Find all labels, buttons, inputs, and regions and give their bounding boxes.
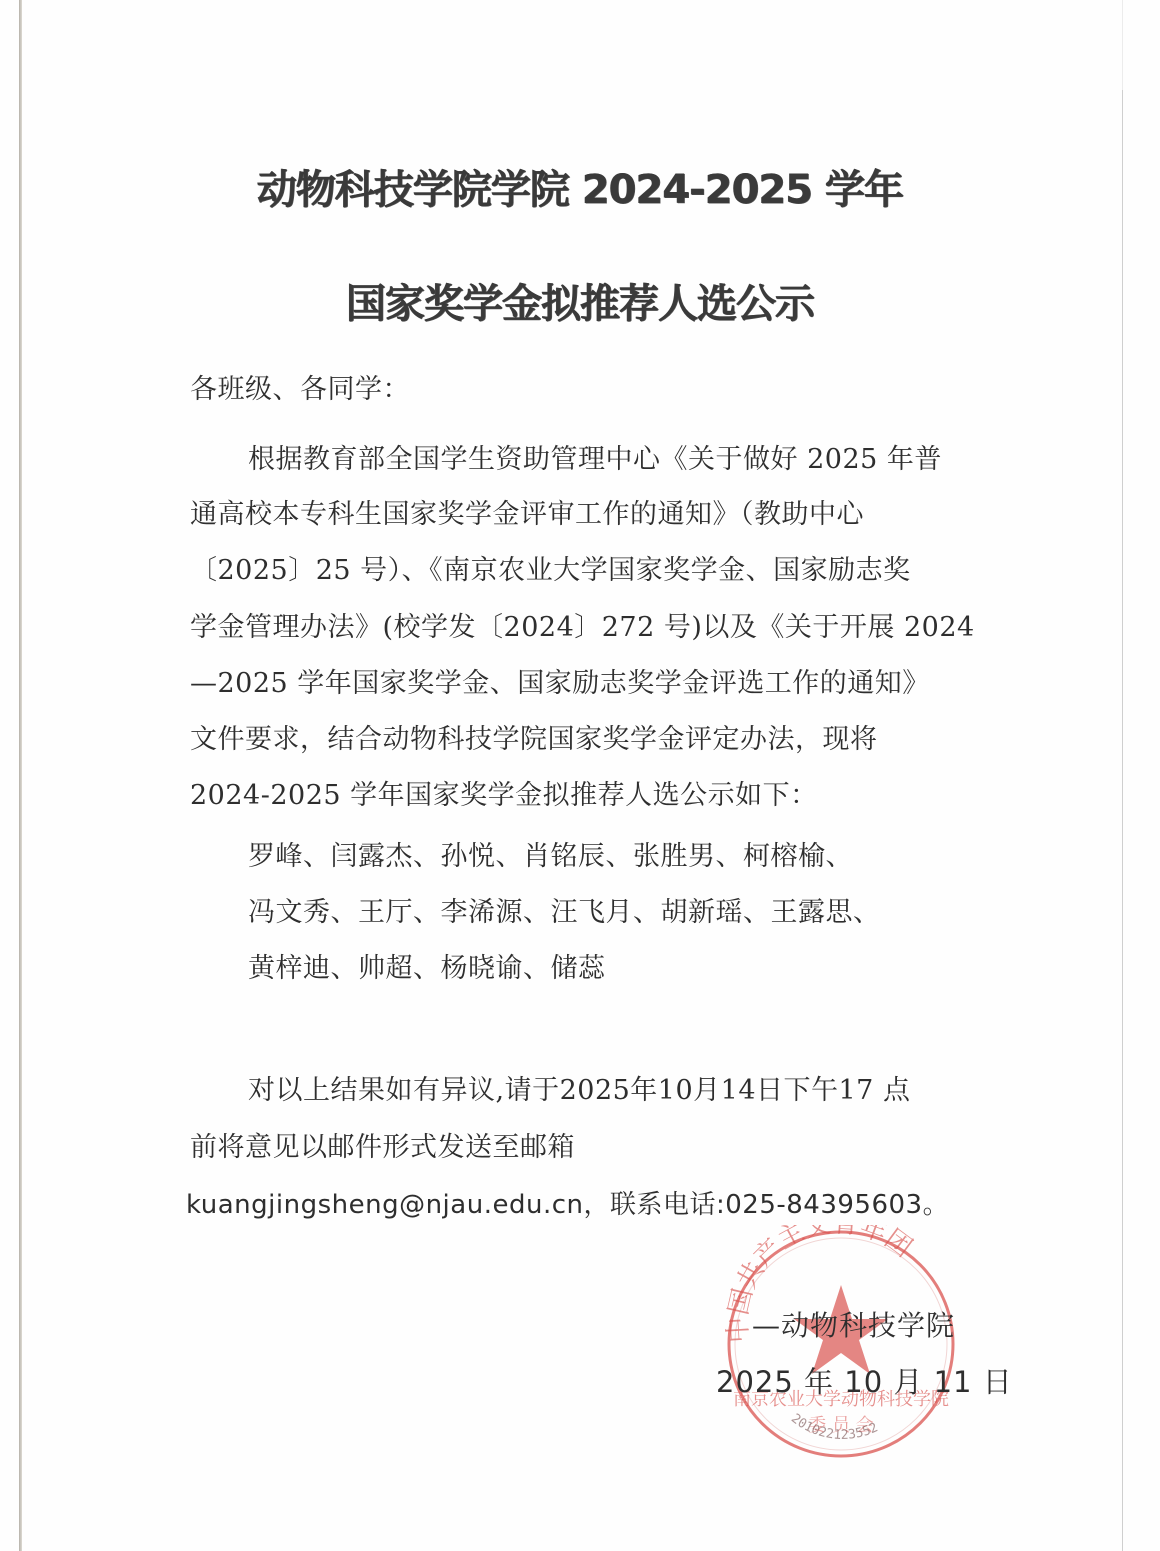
page-edge-left (19, 0, 22, 1551)
body-line: 2024-2025 学年国家奖学金拟推荐人选公示如下： (190, 779, 818, 813)
candidate-list-line: 冯文秀、王厅、李浠源、汪飞月、胡新瑶、王露思、 (248, 896, 881, 930)
objection-line: 前将意见以邮件形式发送至邮箱 (190, 1131, 575, 1165)
candidate-list-line: 罗峰、闫露杰、孙悦、肖铭辰、张胜男、柯榕榆、 (248, 840, 853, 874)
signature-org: —动物科技学院 (752, 1309, 955, 1343)
body-line: 文件要求，结合动物科技学院国家奖学金评定办法，现将 (190, 723, 878, 757)
signature-date: 2025 年 10 月 11 日 (716, 1365, 1013, 1399)
body-line: 通高校本专科生国家奖学金评审工作的通知》（教助中心 (190, 498, 864, 532)
document-page: 动物科技学院学院 2024-2025 学年 国家奖学金拟推荐人选公示 各班级、各… (0, 0, 1160, 1551)
body-line: 学金管理办法》(校学发〔2024〕272 号)以及《关于开展 2024 (190, 611, 975, 645)
official-seal-icon: 中国共产主义青年团 南京农业大学动物科技学院 委 员 会 20102212355… (722, 1225, 960, 1463)
document-title-line2: 国家奖学金拟推荐人选公示 (0, 272, 1160, 329)
salutation: 各班级、各同学： (190, 373, 410, 407)
document-title-line1: 动物科技学院学院 2024-2025 学年 (0, 158, 1160, 215)
contact-line: kuangjingsheng@njau.edu.cn，联系电话:025-8439… (186, 1188, 949, 1222)
page-edge-right-top (1122, 0, 1123, 90)
body-line: 〔2025〕25 号）、《南京农业大学国家奖学金、国家励志奖 (190, 554, 911, 588)
body-line: 根据教育部全国学生资助管理中心《关于做好 2025 年普 (248, 443, 942, 477)
candidate-list-line: 黄梓迪、帅超、杨晓谕、储蕊 (248, 952, 606, 986)
objection-line: 对以上结果如有异议,请于2025年10月14日下午17 点 (248, 1074, 910, 1108)
body-line: —2025 学年国家奖学金、国家励志奖学金评选工作的通知》 (190, 667, 930, 701)
